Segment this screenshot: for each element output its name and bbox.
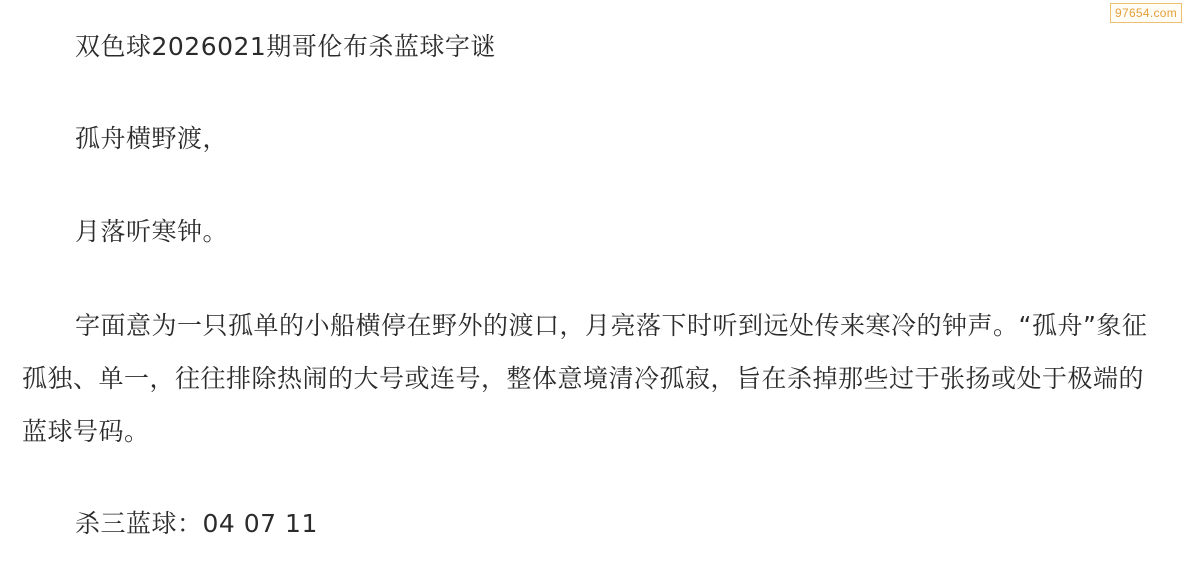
article-title: 双色球2026021期哥伦布杀蓝球字谜	[22, 20, 1164, 73]
riddle-line-1: 孤舟横野渡，	[22, 112, 1164, 165]
riddle-line-2: 月落听寒钟。	[22, 205, 1164, 258]
kill-blue-label: 杀三蓝球：	[75, 509, 203, 538]
kill-blue-result: 杀三蓝球：04 07 11	[22, 497, 1164, 550]
riddle-explanation: 字面意为一只孤单的小船横停在野外的渡口，月亮落下时听到远处传来寒冷的钟声。“孤舟…	[22, 299, 1164, 458]
kill-blue-numbers: 04 07 11	[203, 509, 318, 538]
watermark-text: 97654.com	[1115, 6, 1177, 20]
